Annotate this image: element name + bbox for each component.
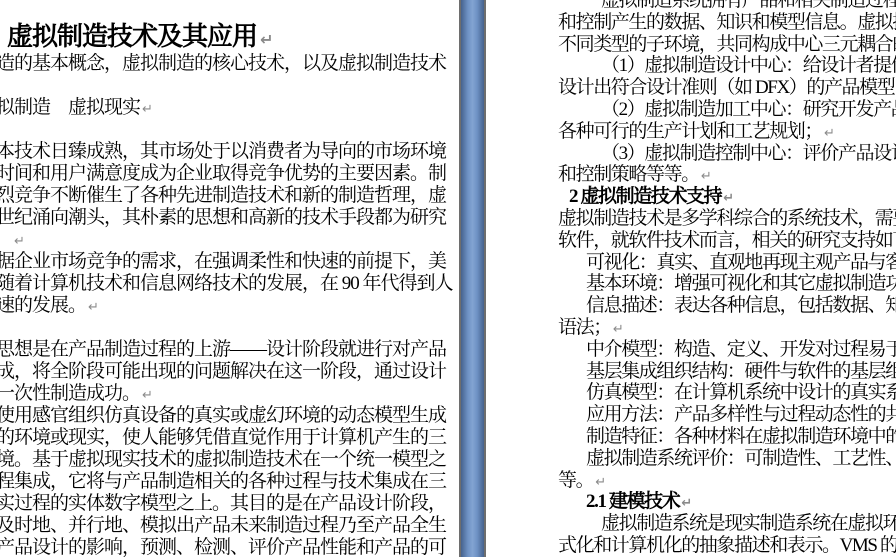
text-run: 和控制产生的数据、知识和模型信息。虚拟控 — [558, 12, 896, 33]
text-line: 实过程的实体数字模型之上。其目的是在产品设计阶段， — [0, 493, 459, 515]
paragraph-mark-icon: ↵ — [613, 322, 624, 337]
paragraph-mark-icon: ↵ — [595, 475, 606, 490]
text-run: 的环境或现实，使人能够凭借直觉作用于计算机产生的三 — [0, 427, 446, 448]
text-run: 境。基于虚拟现实技术的虚拟制造技术在一个统一模型之 — [0, 449, 446, 470]
text-run: 速的发展。 — [0, 295, 86, 316]
text-run: 等。 — [558, 470, 593, 491]
text-line: 制造特征：各种材料在虚拟制造环境中的 — [558, 426, 896, 448]
text-run: 实过程的实体数字模型之上。其目的是在产品设计阶段， — [0, 493, 446, 514]
text-run: 造的基本概念，虚拟制造的核心技术，以及虚拟制造技术 — [0, 53, 446, 74]
text-line: 和控制策略等等。↵ — [558, 164, 896, 186]
text-run: 基层集成组织结构：硬件与软件的基层组 — [586, 361, 896, 382]
text-run: 可视化：真实、直观地再现主观产品与客 — [586, 252, 896, 273]
text-run: 2.1 建模技术 — [586, 491, 679, 512]
document-page-left: 虚拟制造技术及其应用↵ 造的基本概念，虚拟制造的核心技术，以及虚拟制造技术拟制造… — [0, 0, 459, 557]
text-line: 拟制造 虚拟现实↵ — [0, 97, 459, 119]
text-line: 2.1 建模技术↵ — [558, 491, 896, 513]
text-run: 设计出符合设计准则（如 DFX）的产品模型； — [558, 77, 896, 98]
text-run: 仿真模型：在计算机系统中设计的真实系 — [586, 382, 896, 403]
text-line: 造的基本概念，虚拟制造的核心技术，以及虚拟制造技术 — [0, 53, 459, 75]
text-run: 随着计算机技术和信息网络技术的发展，在 90 年代得到人 — [0, 273, 453, 294]
text-line: 的环境或现实，使人能够凭借直觉作用于计算机产生的三 — [0, 427, 459, 449]
text-line: 仿真模型：在计算机系统中设计的真实系 — [558, 382, 896, 404]
text-line: （1）虚拟制造设计中心：给设计者提供各种 — [558, 55, 896, 77]
text-run: 虚拟制造系统拥有产品和相关制造过程的 — [601, 0, 896, 11]
text-run: （1）虚拟制造设计中心：给设计者提供各种 — [601, 55, 896, 76]
document-title: 虚拟制造技术及其应用↵ — [7, 20, 273, 54]
text-run: 式化和计算机化的抽象描述和表示。VMS 的建 — [558, 535, 896, 556]
text-line: 境。基于虚拟现实技术的虚拟制造技术在一个统一模型之 — [0, 449, 459, 471]
text-line: （2）虚拟制造加工中心：研究开发产品制 — [558, 99, 896, 121]
document-page-right: 虚拟制造系统拥有产品和相关制造过程的和控制产生的数据、知识和模型信息。虚拟控不同… — [486, 0, 896, 557]
text-line: 成，将全阶段可能出现的问题解决在这一阶段，通过设计 — [0, 361, 459, 383]
text-line: 和控制产生的数据、知识和模型信息。虚拟控 — [558, 12, 896, 34]
text-run: 程集成，它将与产品制造相关的各种过程与技术集成在三 — [0, 471, 446, 492]
text-run: 烈竞争不断催生了各种先进制造技术和新的制造哲理，虚 — [0, 185, 446, 206]
text-run: 应用方法：产品多样性与过程动态性的共 — [586, 404, 896, 425]
text-line: 各种可行的生产计划和工艺规划；↵ — [558, 121, 896, 143]
text-run: 拟制造 虚拟现实 — [0, 97, 140, 118]
paragraph-mark-icon: ↵ — [142, 388, 153, 403]
text-line: 信息描述：表达各种信息，包括数据、知 — [558, 295, 896, 317]
text-line: 虚拟制造系统拥有产品和相关制造过程的 — [558, 0, 896, 12]
text-line: （3）虚拟制造控制中心：评价产品设计、 — [558, 143, 896, 165]
left-page-text-block: 造的基本概念，虚拟制造的核心技术，以及虚拟制造技术拟制造 虚拟现实↵本技术日臻成… — [0, 53, 459, 557]
text-run: 语法； — [558, 317, 611, 338]
text-line: 据企业市场竞争的需求，在强调柔性和快速的前提下，美 — [0, 251, 459, 273]
text-line: 及时地、并行地、模拟出产品未来制造过程乃至产品全生 — [0, 515, 459, 537]
text-line: 可视化：真实、直观地再现主观产品与客 — [558, 252, 896, 274]
text-line: 产品设计的影响，预测、检测、评价产品性能和产品的可 — [0, 537, 459, 557]
text-run: 时间和用户满意度成为企业取得竞争优势的主要因素。制 — [0, 163, 446, 184]
text-run: （2）虚拟制造加工中心：研究开发产品制 — [601, 99, 896, 120]
text-line: 应用方法：产品多样性与过程动态性的共 — [558, 404, 896, 426]
text-run: 虚拟制造系统评价：可制造性、工艺性、 — [586, 448, 896, 469]
text-line: 软件，就软件技术而言，相关的研究支持如下 — [558, 230, 896, 252]
text-line: ↵ — [0, 229, 459, 251]
text-line: 基本环境：增强可视化和其它虚拟制造功 — [558, 273, 896, 295]
text-run: 使用感官组织仿真设备的真实或虚幻环境的动态模型生成 — [0, 405, 446, 426]
text-run: 虚拟制造技术是多学科综合的系统技术，需要 — [558, 208, 896, 229]
text-line: 式化和计算机化的抽象描述和表示。VMS 的建 — [558, 535, 896, 557]
right-page-text-block: 虚拟制造系统拥有产品和相关制造过程的和控制产生的数据、知识和模型信息。虚拟控不同… — [558, 0, 896, 557]
paragraph-mark-icon: ↵ — [88, 300, 99, 315]
text-run: 产品设计的影响，预测、检测、评价产品性能和产品的可 — [0, 537, 446, 557]
text-line: 时间和用户满意度成为企业取得竞争优势的主要因素。制 — [0, 163, 459, 185]
text-run: 和控制策略等等。 — [558, 164, 699, 185]
text-line — [0, 317, 459, 339]
text-run: 思想是在产品制造过程的上游——设计阶段就进行对产品 — [0, 339, 446, 360]
text-line: 设计出符合设计准则（如 DFX）的产品模型；↵ — [558, 77, 896, 99]
text-line: 随着计算机技术和信息网络技术的发展，在 90 年代得到人 — [0, 273, 459, 295]
text-line: 世纪涌向潮头，其朴素的思想和高新的技术手段都为研究 — [0, 207, 459, 229]
text-run: 中介模型：构造、定义、开发对过程易于 — [586, 339, 896, 360]
paragraph-mark-icon: ↵ — [681, 496, 692, 511]
text-line: 思想是在产品制造过程的上游——设计阶段就进行对产品 — [0, 339, 459, 361]
text-line: 速的发展。↵ — [0, 295, 459, 317]
text-run: 据企业市场竞争的需求，在强调柔性和快速的前提下，美 — [0, 251, 446, 272]
text-line: 程集成，它将与产品制造相关的各种过程与技术集成在三 — [0, 471, 459, 493]
text-run: 各种可行的生产计划和工艺规划； — [558, 121, 822, 142]
text-line: 烈竞争不断催生了各种先进制造技术和新的制造哲理，虚 — [0, 185, 459, 207]
text-line: 虚拟制造系统评价：可制造性、工艺性、 — [558, 448, 896, 470]
paragraph-mark-icon: ↵ — [701, 169, 712, 184]
page-gutter-background — [459, 0, 486, 557]
text-line: 虚拟制造系统是现实制造系统在虚拟环境 — [558, 513, 896, 535]
word-two-page-view: { "app": { "colors": { "gutter_blue_dark… — [0, 0, 896, 557]
text-line: 本技术日臻成熟，其市场处于以消费者为导向的市场环境 — [0, 141, 459, 163]
text-run: （3）虚拟制造控制中心：评价产品设计、 — [601, 143, 896, 164]
paragraph-mark-icon: ↵ — [14, 234, 25, 249]
text-run: 本技术日臻成熟，其市场处于以消费者为导向的市场环境 — [0, 141, 446, 162]
paragraph-mark-icon: ↵ — [142, 102, 153, 117]
text-run: 世纪涌向潮头，其朴素的思想和高新的技术手段都为研究 — [0, 207, 446, 228]
text-line — [0, 75, 459, 97]
text-line: 语法；↵ — [558, 317, 896, 339]
text-run: 及时地、并行地、模拟出产品未来制造过程乃至产品全生 — [0, 515, 446, 536]
text-line: 2 虚拟制造技术支持↵ — [558, 186, 896, 208]
text-run: 制造特征：各种材料在虚拟制造环境中的 — [586, 426, 896, 447]
text-line: 等。↵ — [558, 470, 896, 492]
document-title-text: 虚拟制造技术及其应用 — [7, 22, 257, 51]
text-run: 基本环境：增强可视化和其它虚拟制造功 — [586, 273, 896, 294]
text-line: 基层集成组织结构：硬件与软件的基层组 — [558, 361, 896, 383]
paragraph-mark-icon: ↵ — [260, 30, 273, 49]
text-run: 2 虚拟制造技术支持 — [569, 186, 721, 207]
text-line: 不同类型的子环境，共同构成中心三元耦合的 — [558, 34, 896, 56]
text-run: 信息描述：表达各种信息，包括数据、知 — [586, 295, 896, 316]
text-run: 一次性制造成功。 — [0, 383, 140, 404]
paragraph-mark-icon: ↵ — [824, 126, 835, 141]
text-line: 虚拟制造技术是多学科综合的系统技术，需要 — [558, 208, 896, 230]
text-line: 中介模型：构造、定义、开发对过程易于 — [558, 339, 896, 361]
text-run: 软件，就软件技术而言，相关的研究支持如下 — [558, 230, 896, 251]
text-run: 不同类型的子环境，共同构成中心三元耦合的 — [558, 34, 896, 55]
text-line — [0, 119, 459, 141]
text-line: 一次性制造成功。↵ — [0, 383, 459, 405]
text-run: 成，将全阶段可能出现的问题解决在这一阶段，通过设计 — [0, 361, 446, 382]
paragraph-mark-icon: ↵ — [723, 191, 734, 206]
text-line: 使用感官组织仿真设备的真实或虚幻环境的动态模型生成 — [0, 405, 459, 427]
text-run: 虚拟制造系统是现实制造系统在虚拟环境 — [601, 513, 896, 534]
